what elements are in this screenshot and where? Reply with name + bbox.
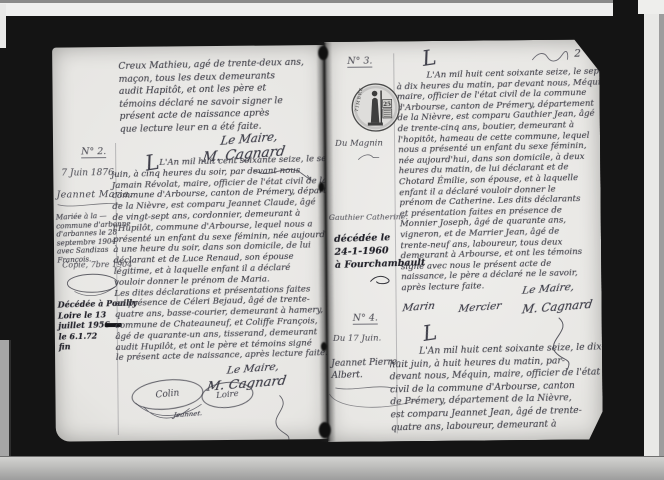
scanned-register-image: Creux Mathieu, agé de trente-deux ans,ma… xyxy=(0,0,664,480)
corner-scribble xyxy=(530,50,570,66)
act1-end-text: Creux Mathieu, agé de trente-deux ans,ma… xyxy=(118,57,305,137)
binding-blob xyxy=(318,46,328,60)
act3-signature-mercier: Mercier xyxy=(457,300,502,315)
scanner-right-edge xyxy=(659,0,664,480)
act2-signature-flourish xyxy=(261,393,298,441)
act2-text: L'An mil huit cent soixante seize, le se… xyxy=(111,153,328,364)
stamp-value: 25 xyxy=(383,102,391,108)
death-note-paraph xyxy=(368,273,392,285)
page-number: 2 xyxy=(574,48,581,60)
act4-number: N° 4. xyxy=(353,313,378,325)
scanner-top-strip xyxy=(0,3,613,16)
stamp-caption: Du Magnin xyxy=(335,138,383,148)
act3-signature-cagnard: M. Cagnard xyxy=(521,297,593,316)
act3-death-note: décédée le24-1-1960à Fourchambault xyxy=(334,230,426,272)
binding-blob xyxy=(321,342,327,351)
act4-initial: L xyxy=(421,320,438,346)
act2-date: 7 Juin 1876. xyxy=(61,168,116,179)
act3-initial: L xyxy=(421,45,438,71)
act3-name: Gauthier Catherine. xyxy=(329,212,408,222)
left-page: Creux Mathieu, agé de trente-deux ans,ma… xyxy=(52,45,328,442)
act4-date: Du 17 Juin. xyxy=(333,333,381,343)
act2-number: N° 2. xyxy=(81,146,106,158)
scanner-right-strip xyxy=(644,0,659,458)
signature-text: Loire xyxy=(216,389,239,401)
stamp-paraph xyxy=(355,151,381,163)
act3-text: L'An mil huit cent soixante seize, le se… xyxy=(396,66,603,294)
text-line: à Fourchambault xyxy=(335,256,426,272)
revenue-stamp: 25 TIMBRE xyxy=(348,80,403,135)
act4-text: L'An mil huit cent soixante seize, le di… xyxy=(389,341,603,434)
act3-signature-marin: Marin xyxy=(402,300,436,315)
binding-blob xyxy=(318,182,324,192)
register-spread: Creux Mathieu, agé de trente-deux ans,ma… xyxy=(52,39,603,444)
scanner-corner-patch xyxy=(638,0,664,14)
right-page: N° 3. 2 L L'An mil huit cent soixante se… xyxy=(324,39,603,442)
binding-blob xyxy=(319,422,331,438)
scanner-bottom-strip xyxy=(0,456,664,480)
act3-number: N° 3. xyxy=(347,56,372,68)
scanner-left-sliver xyxy=(0,4,6,48)
scanner-left-strip xyxy=(0,340,11,462)
